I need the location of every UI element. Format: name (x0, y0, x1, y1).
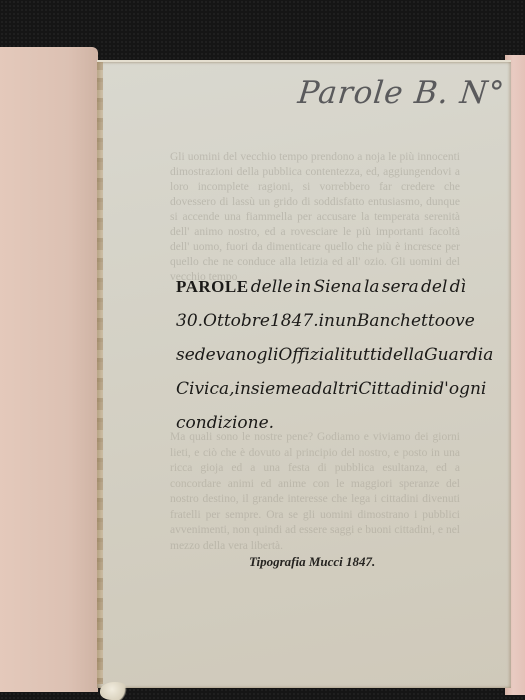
title-word: 30. (176, 304, 203, 338)
title-word: insieme (235, 372, 302, 406)
title-lead-word: PAROLE (176, 270, 249, 304)
title-word: ogni (449, 372, 487, 406)
title-word: Banchetto (357, 304, 445, 338)
title-word: in (319, 304, 335, 338)
title-block: PAROLE delle in Siena la sera del dì 30.… (176, 270, 466, 440)
title-word: ove (445, 304, 475, 338)
page-binding-edge (97, 62, 103, 684)
handwritten-pencil-note: Parole B. N° (296, 75, 506, 111)
title-word: dì (450, 270, 466, 304)
title-word: sedevano (176, 338, 257, 372)
title-line-3: sedevano gli Offiziali tutti della Guard… (176, 338, 466, 372)
title-word: Offiziali (278, 338, 345, 372)
title-word: della (382, 338, 424, 372)
title-word: condizione. (176, 406, 274, 440)
title-word: Cittadini (358, 372, 433, 406)
title-word: Guardia (424, 338, 493, 372)
title-word: Siena (314, 270, 362, 304)
title-word: gli (257, 338, 279, 372)
title-word: Ottobre (203, 304, 270, 338)
title-line-5: condizione. (176, 406, 466, 440)
title-word: 1847. (270, 304, 319, 338)
title-line-2: 30. Ottobre 1847. in un Banchetto ove (176, 304, 466, 338)
title-word: sera (382, 270, 419, 304)
binding-thread (100, 682, 130, 700)
bleed-through-text-lower: Ma quali sono le nostre pene? Godiamo e … (170, 430, 460, 554)
title-word: in (295, 270, 311, 304)
title-word: Civica, (176, 372, 235, 406)
left-cover-page (0, 47, 98, 692)
title-line-4: Civica, insieme ad altri Cittadini d' og… (176, 372, 466, 406)
title-line-1: PAROLE delle in Siena la sera del dì (176, 270, 466, 304)
title-word: del (421, 270, 447, 304)
title-word: un (335, 304, 357, 338)
title-word: delle (251, 270, 293, 304)
title-word: la (364, 270, 380, 304)
title-word: tutti (345, 338, 382, 372)
title-word: ad (301, 372, 322, 406)
printer-imprint: Tipografia Mucci 1847. (249, 554, 375, 570)
title-word: d' (433, 372, 449, 406)
bleed-through-text-upper: Gli uomini del vecchio tempo prendono a … (170, 150, 460, 285)
title-word: altri (322, 372, 358, 406)
